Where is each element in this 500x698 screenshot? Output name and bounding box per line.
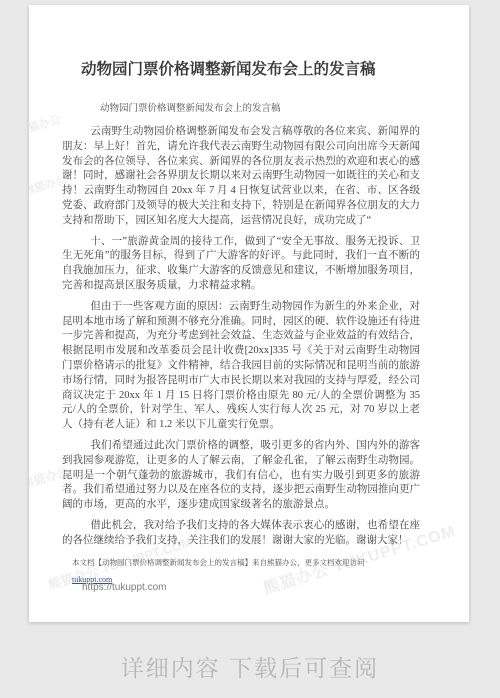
document-title: 动物园门票价格调整新闻发布会上的发言稿 <box>81 57 420 79</box>
document-body: 云南野生动物园价格调整新闻发布会发言稿尊敬的各位来宾、新闻界的朋友：早上好！首先… <box>62 125 420 549</box>
document-paragraph: 十、一”旅游黄金周的接待工作，做到了“安全无事故、服务无投诉、卫生无死角”的服务… <box>62 235 420 294</box>
document-subtitle: 动物园门票价格调整新闻发布会上的发言稿 <box>100 100 420 114</box>
document-paragraph: 我们希望通过此次门票价格的调整，吸引更多的省内外、国内外的游客到我园参观游览，让… <box>62 439 420 513</box>
watermark: 熊猫办公 <box>29 111 62 139</box>
footnote-text: 本文档【动物园门票价格调整新闻发布会上的发言稿】来自熊猫办公，更多文档欢迎访问 <box>62 557 420 569</box>
preview-banner-text: 详细内容 下载后可查阅 <box>0 650 500 683</box>
document-page: 熊猫办公 熊猫办公 熊猫办公 熊猫办公 TUKUPPT.COM 熊猫办公 TUK… <box>29 5 469 622</box>
page-url: https://tukuppt.com <box>82 582 167 593</box>
document-paragraph: 但由于一些客观方面的原因：云南野生动物园作为新生的外来企业，对昆明本地市场了解和… <box>62 300 420 433</box>
document-paragraph: 云南野生动物园价格调整新闻发布会发言稿尊敬的各位来宾、新闻界的朋友：早上好！首先… <box>62 125 420 229</box>
document-paragraph: 借此机会，我对给予我们支持的各大媒体表示衷心的感谢，也希望在座的各位继续给予我们… <box>62 519 420 549</box>
